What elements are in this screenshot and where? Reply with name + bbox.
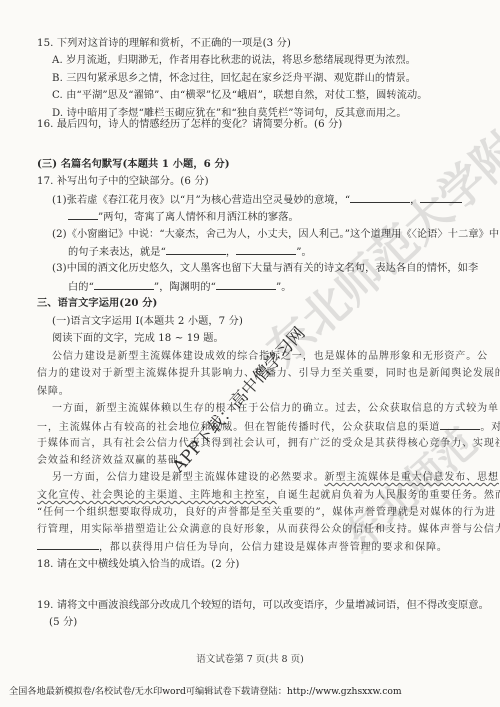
q18-stem: 18. 请在文中横线处填入恰当的成语。(2 分) [37, 558, 240, 571]
answer-blank[interactable] [68, 210, 98, 220]
q15-option-c: C. 由“平湖”思及“濯锦”、由“横翠”忆及“峨眉”，联想自然，对仗工整，圆转流… [52, 89, 428, 102]
q17-item-3-text: 白的“ [68, 282, 94, 293]
q19-stem-line1: 19. 请将文中画波浪线部分改成几个较短的语句，可以改变语序，少量增减词语，但不… [37, 599, 489, 612]
q15-stem: 15. 下列对这首诗的理解和赏析，不正确的一项是(3 分) [37, 37, 291, 50]
section-heading-famous-lines: (三) 名篇名句默写(本题共 1 小题，6 分) [37, 158, 230, 171]
q19-stem-line2: (5 分) [49, 616, 77, 629]
wavy-underlined-text: 文化宣传、社会舆论的主渠道、主阵地和主控室， [37, 490, 277, 501]
passage-text: 。对 [480, 422, 500, 433]
q17-item-1-line2: ”两句，寄寓了离人情怀和月洒江林的寥落。 [68, 210, 299, 224]
passage-p2-l1: 一方面，新型主流媒体赖以生存的根本在于公信力的确立。过去，公众获取信息的方式较为… [52, 402, 499, 415]
passage-p3-l3: “任何一个组织想要取得成功，良好的声誉都是至关重要的”，媒体声誉管理就是对媒体的… [37, 506, 496, 519]
comma: ， [226, 247, 236, 258]
passage-p1-l3: 保障。 [37, 385, 70, 398]
site-notice-link[interactable]: 全国各地最新模拟卷/名校试卷/无水印word可编辑试卷下载请登陆：http://… [9, 683, 402, 697]
answer-blank[interactable] [166, 245, 226, 255]
q17-item-3-line1: (3)中国的酒文化历史悠久，文人墨客也留下大量与酒有关的诗文名句，表达各自的情怀… [52, 262, 478, 275]
q15-option-a: A. 岁月流逝，归期渺无，作者用春比秋悲的说法，将思乡愁绪展现得更为浓烈。 [52, 54, 416, 67]
passage-p1-l2: 信力的建设对于新型主流媒体提升其影响力、传播力、引导力至关重要，同时也是新闻舆论… [37, 367, 500, 380]
answer-blank[interactable] [37, 540, 99, 550]
passage-p3-l1: 另一方面，公信力建设是新型主流媒体建设的必然要求。新型主流媒体是重大信息发布、思… [52, 471, 499, 484]
q17-item-2-line1: (2)《小窗幽记》中说：“大豪杰，舍己为人，小丈夫，因人利己。”这个道理用《〈论… [52, 228, 499, 241]
passage-p3-l4: 行管理，用实际举措塑造让公众满意的良好形象，从而获得公众的信任和支持。媒体声誉与… [37, 523, 500, 536]
close-quote: ”。 [276, 282, 292, 293]
close-quote: ”。 [296, 247, 312, 258]
answer-blank[interactable] [216, 280, 276, 290]
exam-page: 东北师范大学附属 东北师范 15. 下列对这首诗的理解和赏析，不正确的一项是(3… [0, 0, 500, 707]
passage-p3-l2: 文化宣传、社会舆论的主渠道、主阵地和主控室，自诞生起就肩负着为人民服务的重要任务… [37, 489, 500, 502]
q17-item-2-text: 的句子来表达，就是“ [68, 247, 166, 258]
answer-blank[interactable] [94, 280, 154, 290]
answer-blank[interactable] [440, 420, 480, 430]
page-number-label: 语文试卷第 7 页(共 8 页) [0, 651, 500, 665]
passage-p3-l5: ，都以获得用户信任为导向，公信力建设是媒体声誉管理的要求和保障。 [37, 540, 448, 554]
answer-blank[interactable] [236, 245, 296, 255]
q17-item-3-text2: ”，陶渊明的“ [154, 282, 216, 293]
sub-heading-language-use-1: (一)语言文字运用 Ⅰ(本题共 2 小题，7 分) [52, 315, 243, 328]
passage-p2-l2: 一，主流媒体占有较高的社会地位和权威。但在智能传播时代，公众获取信息的渠道。对 [37, 420, 500, 434]
q15-option-b: B. 三四句紧承思乡之情，怀念过往，回忆起在家乡泛舟平湖、观览群山的情景。 [52, 72, 416, 85]
passage-text: 一，主流媒体占有较高的社会地位和权威。但在智能传播时代，公众获取信息的渠道 [37, 422, 440, 433]
part-heading-language-use: 三、语言文字运用(20 分) [37, 297, 157, 310]
passage-p1-l1: 公信力建设是新型主流媒体建设成效的综合指标之一，也是媒体的品牌形象和无形资产。公 [52, 350, 488, 363]
q16-stem: 16. 最后四句，诗人的情感经历了怎样的变化？请简要分析。(6 分) [37, 118, 342, 131]
passage-p2-l3: 于媒体而言，具有社会公信力代表其得到社会认可，拥有广泛的受众是其获得核心竞争力、… [37, 437, 500, 450]
q17-item-2-line2: 的句子来表达，就是“，”。 [68, 245, 312, 259]
q17-item-1-line1: (1)张若虚《春江花月夜》以“月”为核心营造出空灵曼妙的意境，“， [52, 193, 462, 207]
passage-p2-l4: 会效益和经济效益双赢的基础。 [37, 454, 190, 467]
passage-text: 另一方面，公信力建设是新型主流媒体建设的必然要求。 [52, 472, 325, 483]
q17-item-1-text2: ”两句，寄寓了离人情怀和月洒江林的寥落。 [98, 212, 299, 223]
passage-text: 自诞生起就肩负着为人民服务的重要任务。然而， [277, 490, 500, 501]
answer-blank[interactable] [420, 193, 462, 203]
q17-item-1-text: (1)张若虚《春江花月夜》以“月”为核心营造出空灵曼妙的意境，“ [52, 195, 350, 206]
answer-blank[interactable] [350, 193, 410, 203]
wavy-underlined-text: 新型主流媒体是重大信息发布、思想 [325, 472, 499, 483]
reading-instruction: 阅读下面的文字，完成 18 ~ 19 题。 [52, 332, 224, 345]
q17-item-3-line2: 白的“”，陶渊明的“”。 [68, 280, 292, 294]
passage-text: ，都以获得用户信任为导向，公信力建设是媒体声誉管理的要求和保障。 [99, 542, 448, 553]
q17-stem: 17. 补写出句子中的空缺部分。(6 分) [37, 175, 209, 188]
